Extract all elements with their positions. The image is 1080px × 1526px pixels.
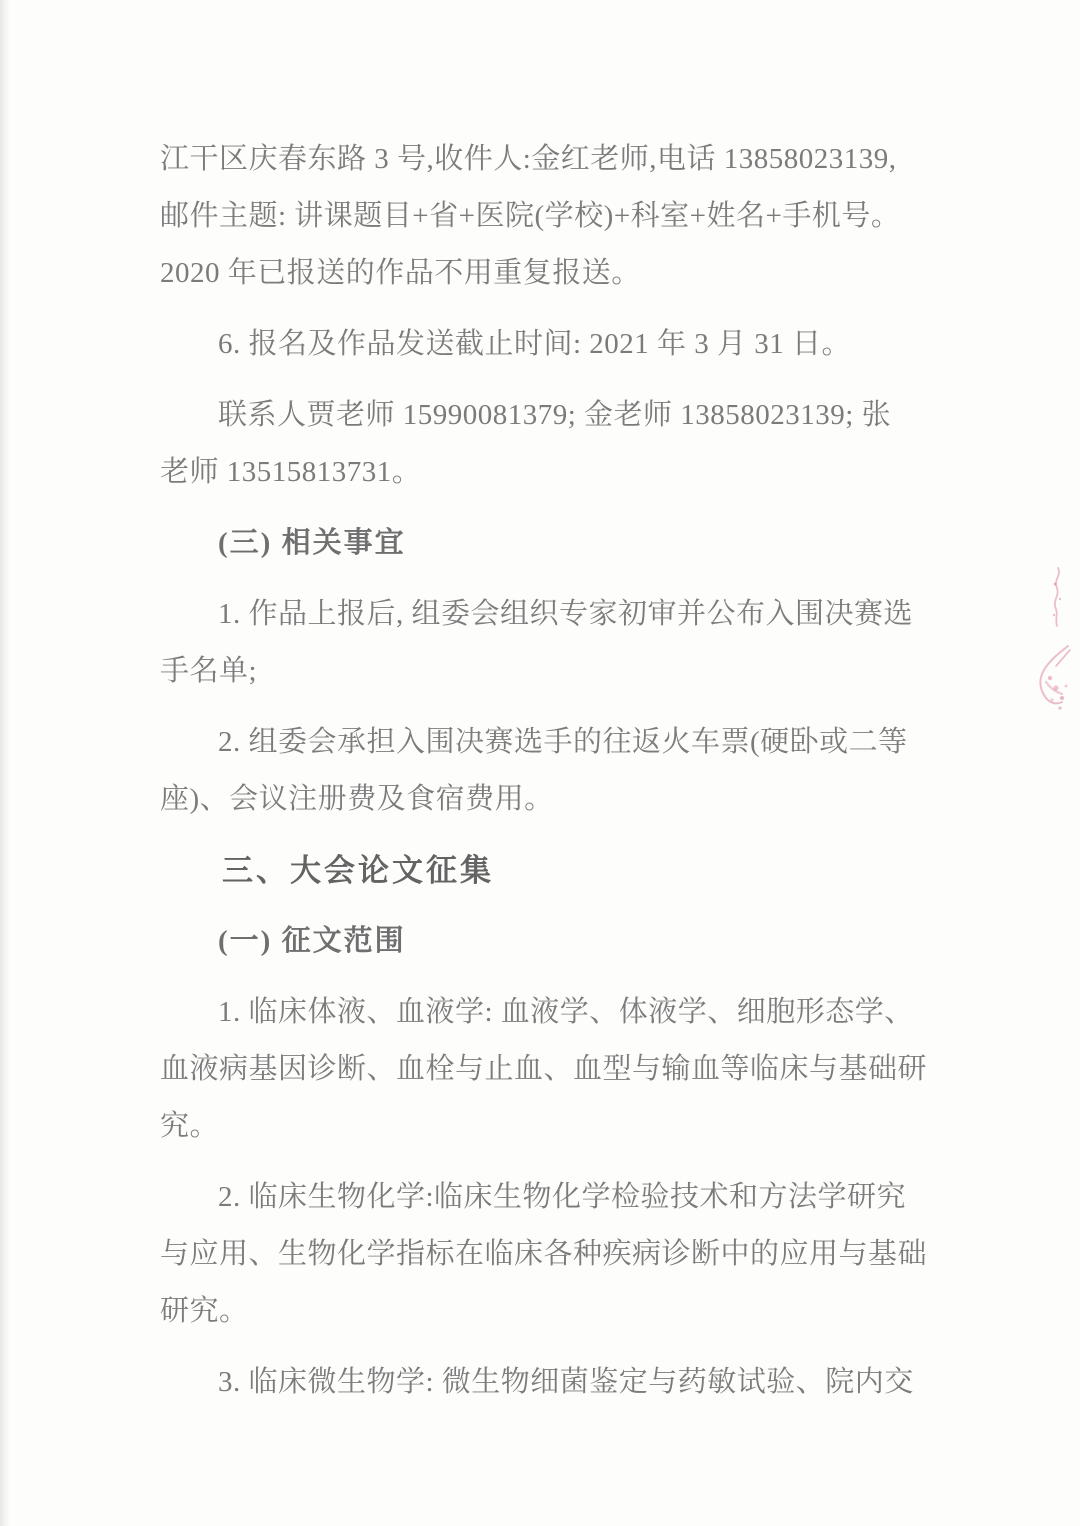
section-heading: 三、大会论文征集 — [160, 842, 924, 899]
paragraph: 6. 报名及作品发送截止时间: 2021 年 3 月 31 日。 — [160, 316, 924, 373]
red-ink-mark-icon — [1016, 642, 1076, 718]
paragraph: 3. 临床微生物学: 微生物细菌鉴定与药敏试验、院内交 — [160, 1354, 924, 1411]
paragraph: 1. 临床体液、血液学: 血液学、体液学、细胞形态学、 血液病基因诊断、血栓与止… — [160, 984, 924, 1155]
red-ink-mark-icon — [1044, 566, 1072, 630]
text-line: 与应用、生物化学指标在临床各种疾病诊断中的应用与基础 — [160, 1226, 924, 1283]
paragraph: 2. 组委会承担入围决赛选手的往返火车票(硬卧或二等 座)、会议注册费及食宿费用… — [160, 714, 924, 828]
text-line: 江干区庆春东路 3 号,收件人:金红老师,电话 13858023139, — [160, 131, 924, 188]
section-subheading: (一) 征文范围 — [160, 913, 924, 970]
text-line: 联系人贾老师 15990081379; 金老师 13858023139; 张 — [160, 387, 924, 444]
paragraph: 江干区庆春东路 3 号,收件人:金红老师,电话 13858023139, 邮件主… — [160, 131, 924, 302]
text-line: 2. 临床生物化学:临床生物化学检验技术和方法学研究 — [160, 1169, 924, 1226]
text-line: (一) 征文范围 — [160, 913, 924, 970]
section-subheading: (三) 相关事宜 — [160, 515, 924, 572]
document-content: 江干区庆春东路 3 号,收件人:金红老师,电话 13858023139, 邮件主… — [160, 131, 924, 1425]
text-line: 血液病基因诊断、血栓与止血、血型与输血等临床与基础研 — [160, 1041, 924, 1098]
text-line: 座)、会议注册费及食宿费用。 — [160, 771, 924, 828]
text-line: 6. 报名及作品发送截止时间: 2021 年 3 月 31 日。 — [160, 316, 924, 373]
text-line: 三、大会论文征集 — [160, 842, 924, 899]
text-line: 手名单; — [160, 643, 924, 700]
paragraph: 1. 作品上报后, 组委会组织专家初审并公布入围决赛选 手名单; — [160, 586, 924, 700]
paragraph: 联系人贾老师 15990081379; 金老师 13858023139; 张 老… — [160, 387, 924, 501]
text-line: 1. 作品上报后, 组委会组织专家初审并公布入围决赛选 — [160, 586, 924, 643]
paragraph: 2. 临床生物化学:临床生物化学检验技术和方法学研究 与应用、生物化学指标在临床… — [160, 1169, 924, 1340]
text-line: 1. 临床体液、血液学: 血液学、体液学、细胞形态学、 — [160, 984, 924, 1041]
page-edge-shadow — [0, 0, 10, 1526]
text-line: 2. 组委会承担入围决赛选手的往返火车票(硬卧或二等 — [160, 714, 924, 771]
text-line: 2020 年已报送的作品不用重复报送。 — [160, 245, 924, 302]
text-line: 研究。 — [160, 1283, 924, 1340]
text-line: 邮件主题: 讲课题目+省+医院(学校)+科室+姓名+手机号。 — [160, 188, 924, 245]
text-line: 老师 13515813731。 — [160, 444, 924, 501]
document-page: 江干区庆春东路 3 号,收件人:金红老师,电话 13858023139, 邮件主… — [0, 0, 1080, 1526]
text-line: 3. 临床微生物学: 微生物细菌鉴定与药敏试验、院内交 — [160, 1354, 924, 1411]
text-line: (三) 相关事宜 — [160, 515, 924, 572]
text-line: 究。 — [160, 1098, 924, 1155]
